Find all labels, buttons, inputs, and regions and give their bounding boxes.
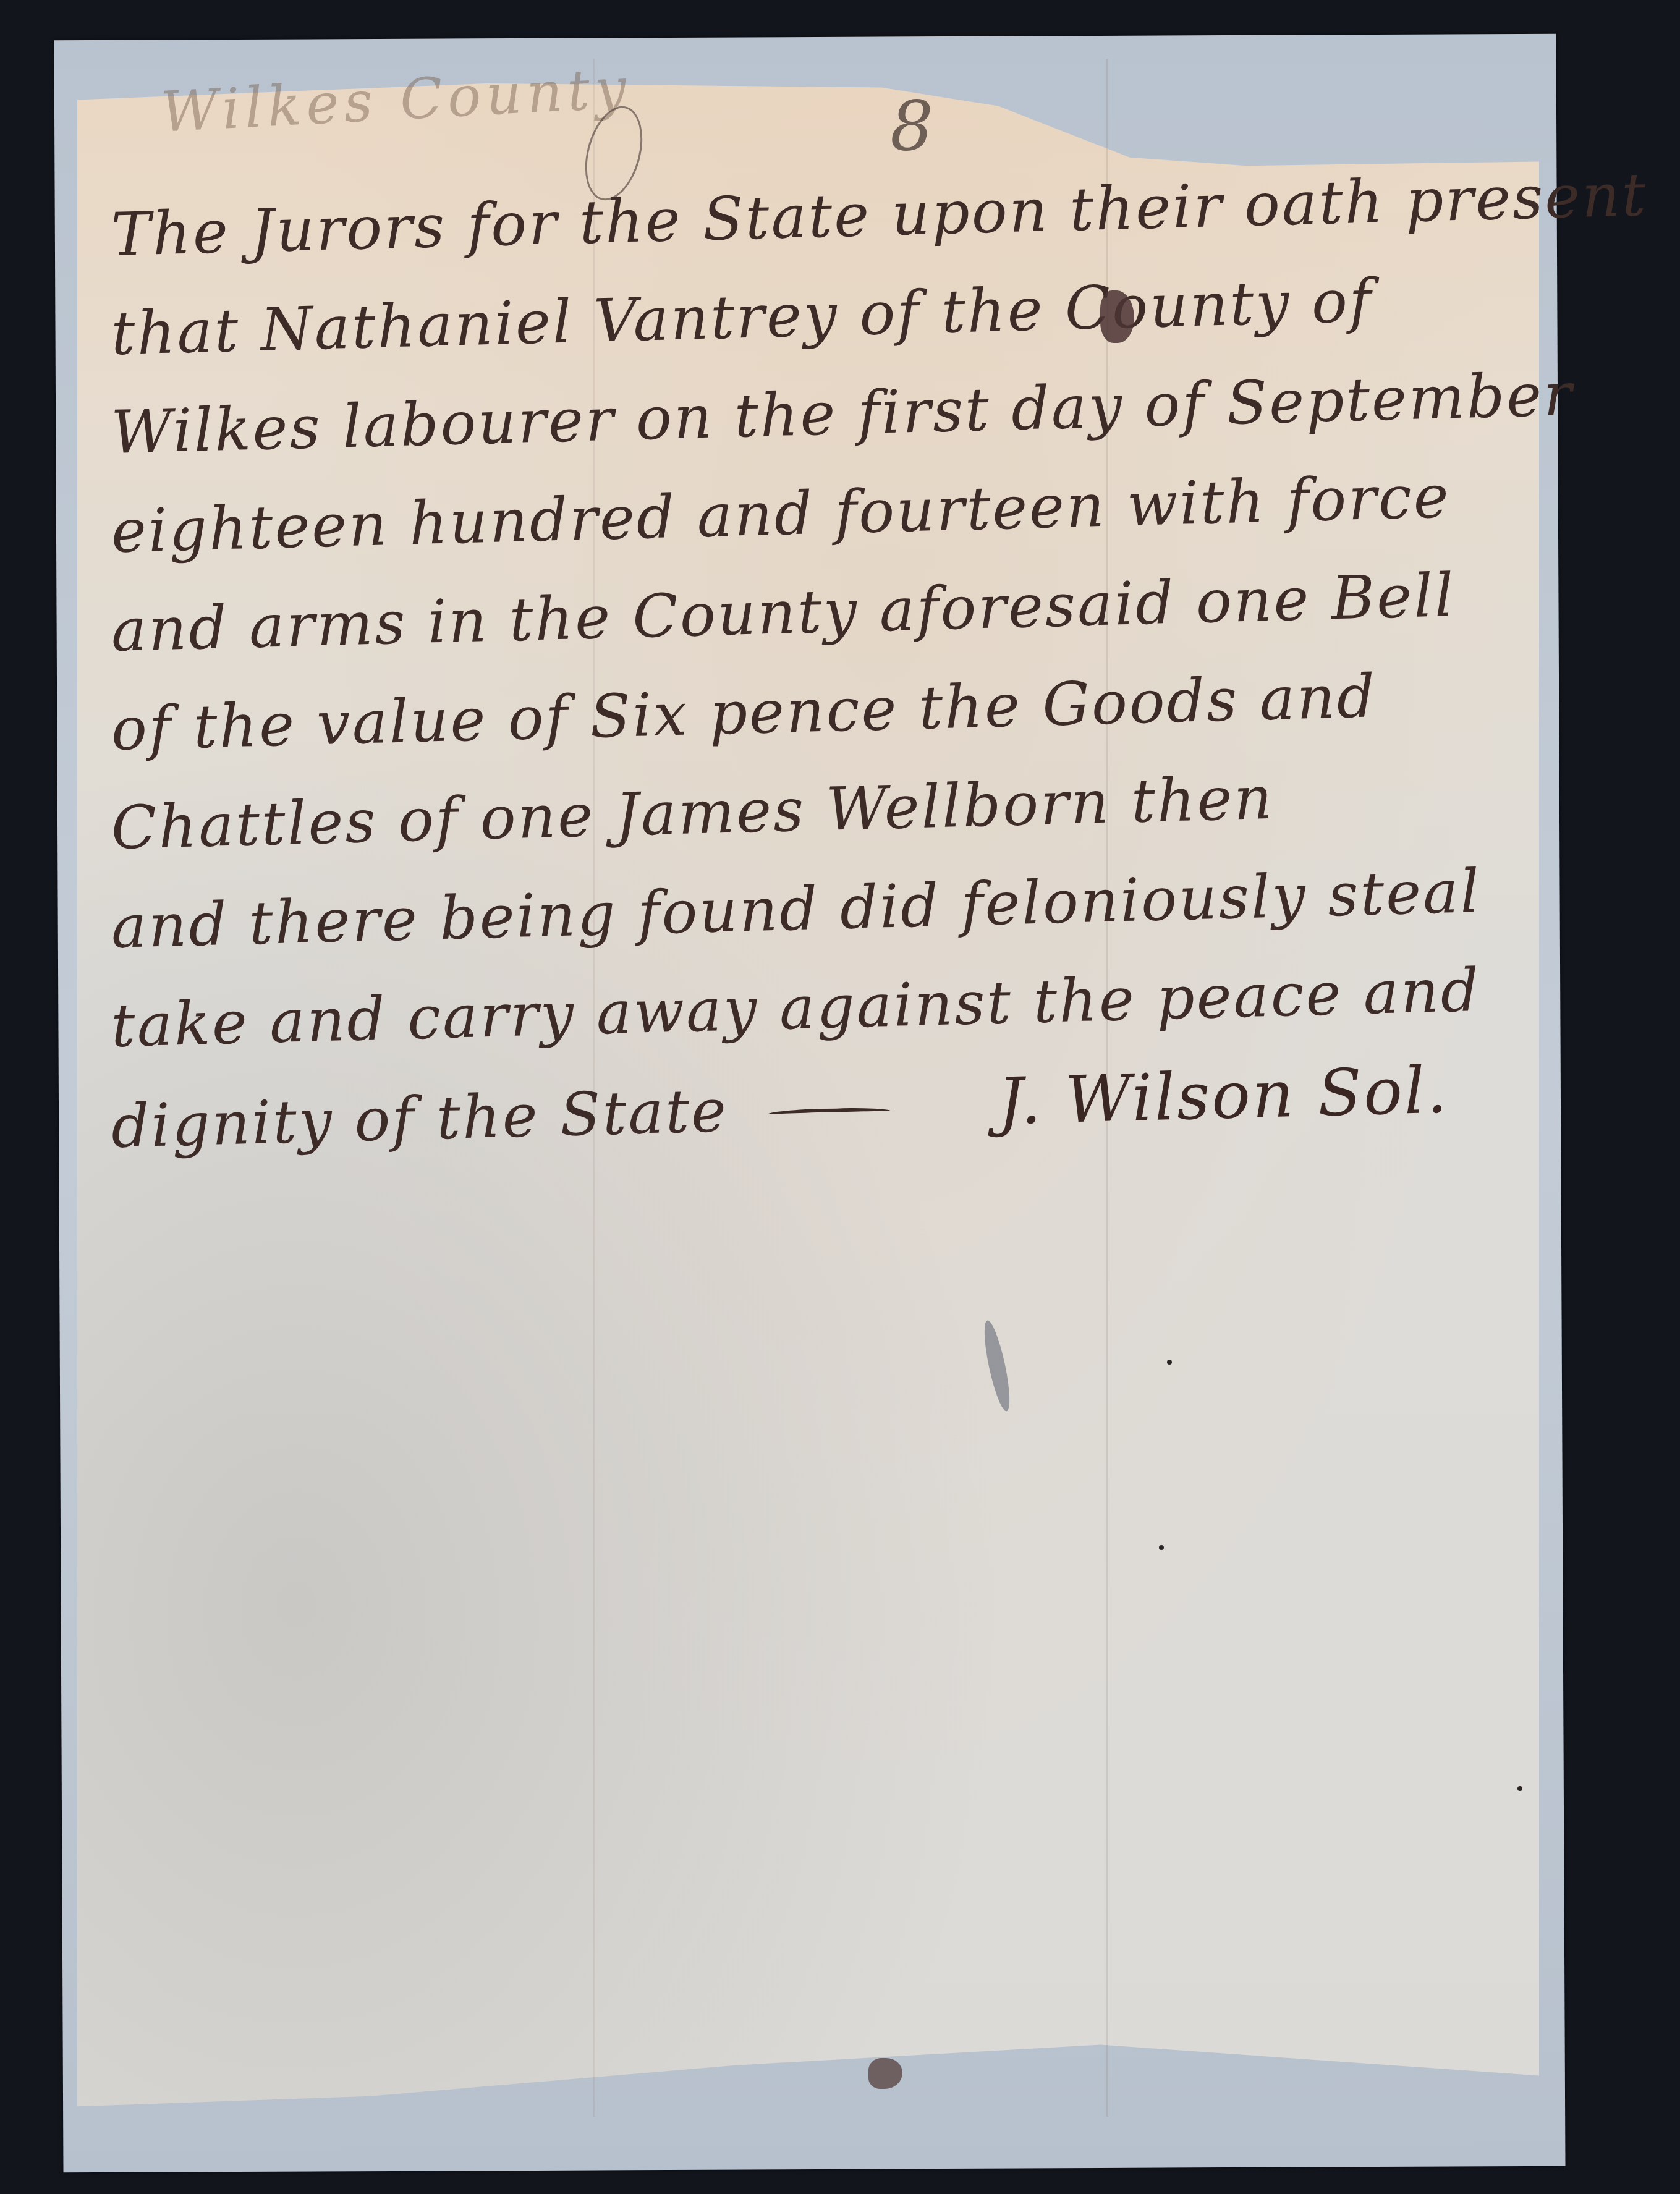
handwritten-text-block: The Jurors for the State upon their oath… — [111, 185, 1551, 1174]
ink-blot — [1100, 290, 1134, 343]
text-line: dignity of the State — [111, 1076, 729, 1161]
speck — [1159, 1545, 1164, 1550]
speck — [1517, 1786, 1522, 1791]
speck — [1167, 1360, 1172, 1365]
pen-flourish — [767, 1107, 891, 1119]
signature: J. Wilson Sol. — [996, 1040, 1449, 1151]
page-number-mark: 8 — [890, 87, 933, 166]
